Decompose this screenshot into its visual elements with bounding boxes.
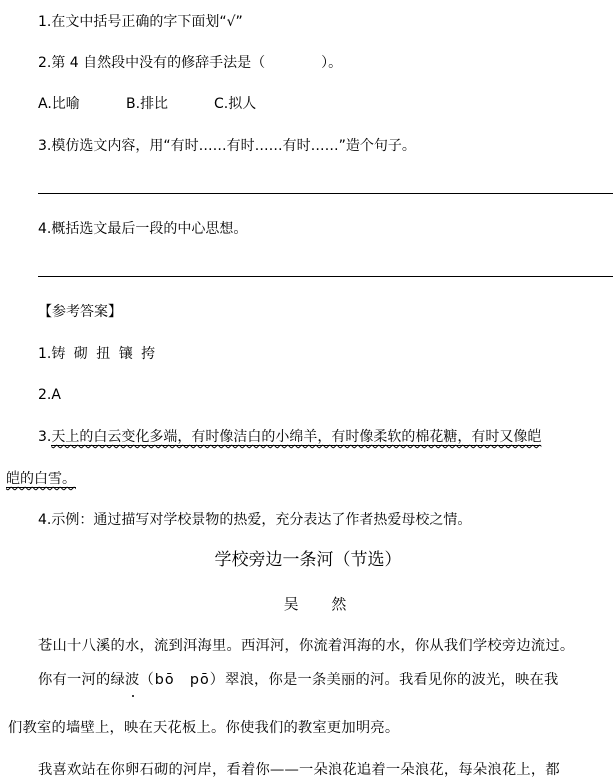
passage-line-2: 你有一河的绿波（bō pō）翠浪，你是一条美丽的河。我看见你的波光，映在我 (38, 671, 558, 689)
answer-line-3[interactable] (38, 193, 613, 194)
answer-3-continued: 皑的白雪。 (6, 470, 76, 488)
answer-1: 1.铸 砌 扭 镶 挎 (38, 345, 157, 363)
question-number: 1. (38, 14, 51, 30)
question-text: 模仿选文内容，用“有时……有时……有时……”造个句子。 (51, 138, 416, 154)
answer-text: 示例：通过描写对学校景物的热爱，充分表达了作者热爱母校之情。 (51, 512, 471, 528)
option-b: B.排比 (126, 95, 214, 113)
pinyin-choice: （bō pō） (139, 672, 225, 688)
answer-2: 2.A (38, 386, 61, 404)
passage-line-4: 我喜欢站在你卵石砌的河岸，看着你——一朵浪花追着一朵浪花，每朵浪花上，都 (38, 761, 560, 779)
question-text: 第 4 自然段中没有的修辞手法是（ ）。 (51, 55, 342, 71)
answer-text: 铸 砌 扭 镶 挎 (51, 346, 157, 362)
question-2: 2.第 4 自然段中没有的修辞手法是（ ）。 (38, 54, 342, 72)
dotted-character: 波 (125, 672, 140, 688)
question-number: 4. (38, 221, 51, 237)
passage-line-1: 苍山十八溪的水，流到洱海里。西洱河，你流着洱海的水，你从我们学校旁边流过。 (38, 637, 574, 655)
option-c: C.拟人 (214, 95, 256, 113)
question-number: 3. (38, 138, 51, 154)
answer-line-4[interactable] (38, 276, 613, 277)
question-number: 2. (38, 55, 51, 71)
answer-3: 3.天上的白云变化多端，有时像洁白的小绵羊，有时像柔软的棉花糖，有时又像皑 (38, 428, 541, 446)
question-1: 1.在文中括号正确的字下面划“√” (38, 13, 243, 31)
answer-4: 4.示例：通过描写对学校景物的热爱，充分表达了作者热爱母校之情。 (38, 511, 471, 529)
passage-author: 吴 然 (0, 594, 616, 614)
answer-text-line1: 天上的白云变化多端，有时像洁白的小绵羊，有时像柔软的棉花糖，有时又像皑 (51, 429, 541, 446)
answer-number: 4. (38, 512, 51, 528)
question-text: 概括选文最后一段的中心思想。 (51, 221, 247, 237)
question-4: 4.概括选文最后一段的中心思想。 (38, 220, 247, 238)
option-a: A.比喻 (38, 95, 126, 113)
passage-line-3: 们教室的墙壁上，映在天花板上。你使我们的教室更加明亮。 (8, 719, 399, 737)
passage-title: 学校旁边一条河（节选） (0, 549, 616, 571)
answer-number: 3. (38, 429, 51, 445)
answer-text-line2: 皑的白雪。 (6, 471, 76, 488)
answer-text: A (51, 387, 61, 403)
answer-number: 1. (38, 346, 51, 362)
answer-key-heading: 【参考答案】 (38, 303, 122, 321)
question-3: 3.模仿选文内容，用“有时……有时……有时……”造个句子。 (38, 137, 416, 155)
question-text: 在文中括号正确的字下面划“√” (51, 14, 242, 30)
options-row: A.比喻 B.排比 C.拟人 (38, 95, 256, 113)
answer-number: 2. (38, 387, 51, 403)
